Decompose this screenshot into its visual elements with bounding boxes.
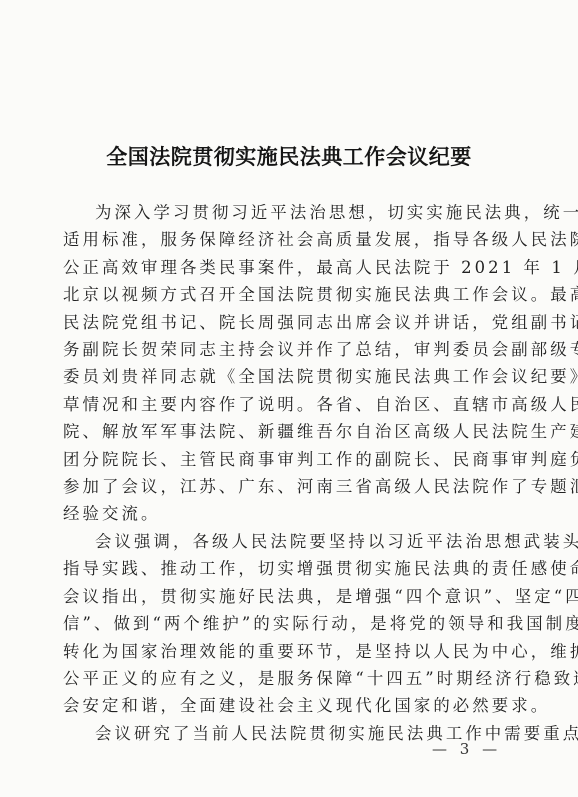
text-line: 务副院长贺荣同志主持会议并作了总结，审判委员会副部级专职 <box>63 336 519 363</box>
text-line: 院、解放军军事法院、新疆维吾尔自治区高级人民法院生产建设兵 <box>63 418 519 445</box>
text-line: 民法院党组书记、院长周强同志出席会议并讲话，党组副书记、常 <box>63 309 519 336</box>
text-line: 会议强调，各级人民法院要坚持以习近平法治思想武装头脑、 <box>63 528 519 555</box>
text-line: 北京以视频方式召开全国法院贯彻实施民法典工作会议。最高人 <box>63 281 519 308</box>
text-line: 为深入学习贯彻习近平法治思想，切实实施民法典，统一法律 <box>63 199 519 226</box>
text-line: 会安定和谐，全面建设社会主义现代化国家的必然要求。 <box>63 692 519 719</box>
text-line: 委员刘贵祥同志就《全国法院贯彻实施民法典工作会议纪要》的起 <box>63 363 519 390</box>
text-line: 转化为国家治理效能的重要环节，是坚持以人民为中心，维护社会 <box>63 638 519 665</box>
text-line: 草情况和主要内容作了说明。各省、自治区、直辖市高级人民法 <box>63 391 519 418</box>
document-body: 为深入学习贯彻习近平法治思想，切实实施民法典，统一法律 适用标准，服务保障经济社… <box>63 199 519 747</box>
text-line: 指导实践、推动工作，切实增强贯彻实施民法典的责任感使命感。 <box>63 555 519 582</box>
page-number: — 3 — <box>432 740 501 758</box>
paragraph-2: 会议强调，各级人民法院要坚持以习近平法治思想武装头脑、 指导实践、推动工作，切实… <box>63 528 519 720</box>
text-line: 经验交流。 <box>63 500 519 527</box>
text-line: 团分院院长、主管民商事审判工作的副院长、民商事审判庭负责人 <box>63 446 519 473</box>
document-page: 全国法院贯彻实施民法典工作会议纪要 为深入学习贯彻习近平法治思想，切实实施民法典… <box>0 0 578 797</box>
text-line: 会议指出，贯彻实施好民法典，是增强“四个意识”、坚定“四个自 <box>63 583 519 610</box>
paragraph-1: 为深入学习贯彻习近平法治思想，切实实施民法典，统一法律 适用标准，服务保障经济社… <box>63 199 519 528</box>
text-line: 公正高效审理各类民事案件，最高人民法院于 2021 年 1 月 4 日在 <box>63 254 519 281</box>
text-line: 参加了会议，江苏、广东、河南三省高级人民法院作了专题汇报和 <box>63 473 519 500</box>
document-title: 全国法院贯彻实施民法典工作会议纪要 <box>0 141 578 171</box>
text-line: 信”、做到“两个维护”的实际行动，是将党的领导和我国制度优势 <box>63 610 519 637</box>
text-line: 公平正义的应有之义，是服务保障“十四五”时期经济行稳致远、社 <box>63 665 519 692</box>
text-line: 适用标准，服务保障经济社会高质量发展，指导各级人民法院依法 <box>63 226 519 253</box>
